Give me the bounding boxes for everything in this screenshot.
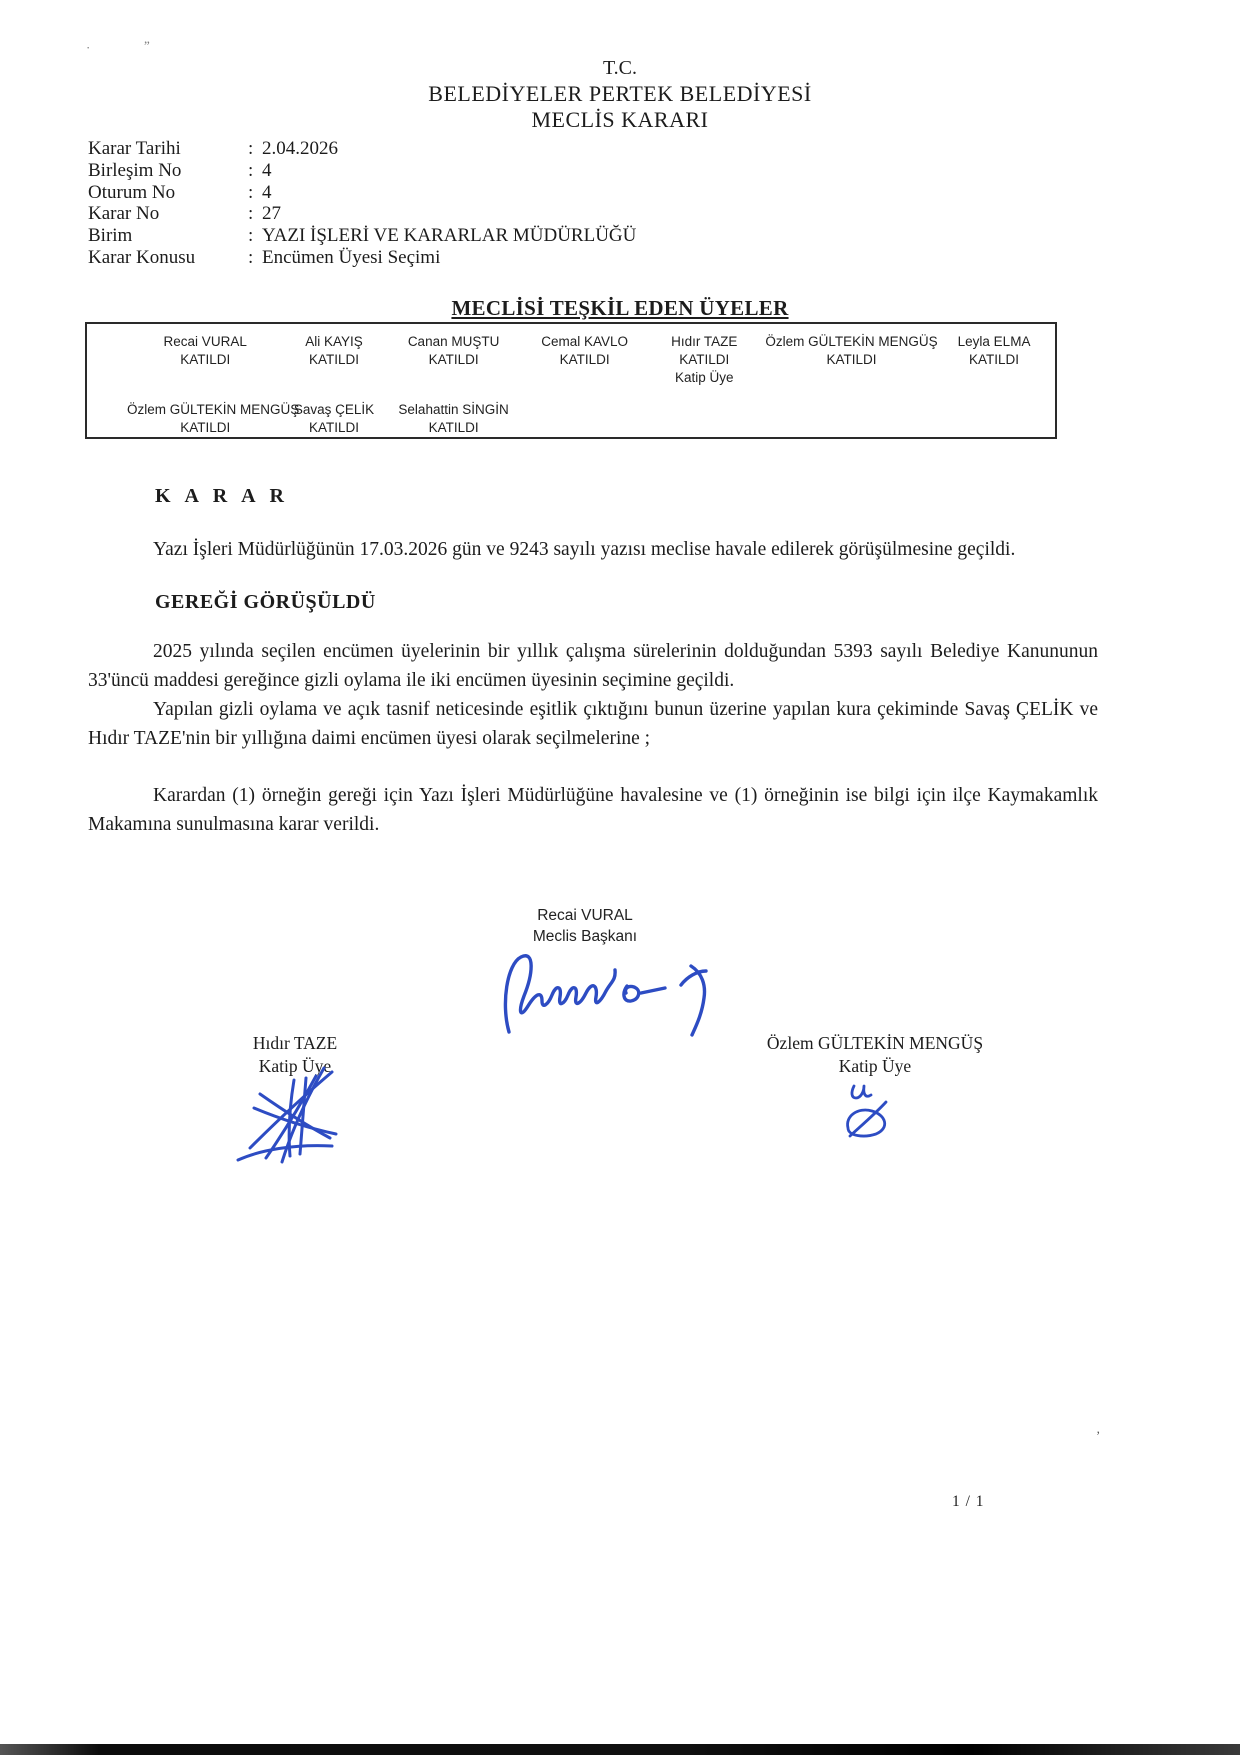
decision-body: K A R A R Yazı İşleri Müdürlüğünün 17.03…: [88, 482, 1098, 839]
member-cell: Leyla ELMA KATILDI: [941, 333, 1047, 387]
document-header: T.C. BELEDİYELER PERTEK BELEDİYESİ MECLİ…: [0, 55, 1240, 133]
meta-separator: :: [248, 225, 262, 247]
meta-value: 4: [262, 182, 272, 204]
members-row-2: Özlem GÜLTEKİN MENGÜŞ KATILDI Savaş ÇELİ…: [87, 387, 1055, 437]
meta-row-decision-no: Karar No : 27: [88, 203, 636, 225]
member-status: KATILDI: [762, 351, 941, 369]
members-table: Recai VURAL KATILDI Ali KAYIŞ KATILDI Ca…: [85, 322, 1057, 439]
member-status: KATILDI: [385, 351, 523, 369]
karar-heading: K A R A R: [155, 482, 1098, 511]
member-name: Cemal KAVLO: [523, 333, 647, 351]
meta-value: Encümen Üyesi Seçimi: [262, 247, 440, 269]
meta-label: Oturum No: [88, 182, 248, 204]
scan-artifact: ”: [144, 38, 150, 54]
meta-label: Karar Konusu: [88, 247, 248, 269]
meta-row-decision-date: Karar Tarihi : 2.04.2026: [88, 138, 636, 160]
scan-artifact: ’: [1096, 1428, 1100, 1444]
meta-row-sitting-no: Oturum No : 4: [88, 182, 636, 204]
members-row-1: Recai VURAL KATILDI Ali KAYIŞ KATILDI Ca…: [87, 324, 1055, 387]
members-section-title: MECLİSİ TEŞKİL EDEN ÜYELER: [0, 296, 1240, 321]
scan-artifact: ·: [86, 40, 90, 56]
meta-value: 4: [262, 160, 272, 182]
member-status: KATILDI: [127, 419, 283, 437]
meta-label: Birleşim No: [88, 160, 248, 182]
member-name: Savaş ÇELİK: [283, 401, 384, 419]
meta-row-subject: Karar Konusu : Encümen Üyesi Seçimi: [88, 247, 636, 269]
clerk-right-signature-ink: [818, 1076, 913, 1148]
signatory-name: Hıdır TAZE: [190, 1032, 400, 1055]
bottom-scan-bar: [0, 1744, 1240, 1755]
paragraph-election-result: Yapılan gizli oylama ve açık tasnif neti…: [88, 695, 1098, 753]
member-cell: Cemal KAVLO KATILDI: [523, 333, 647, 387]
member-name: Leyla ELMA: [941, 333, 1047, 351]
member-status: KATILDI: [941, 351, 1047, 369]
member-cell: Selahattin SİNGİN KATILDI: [385, 401, 523, 437]
meta-value: 27: [262, 203, 281, 225]
signatory-title: Katip Üye: [745, 1055, 1005, 1078]
member-role: Katip Üye: [647, 369, 762, 387]
member-cell: Recai VURAL KATILDI: [127, 333, 283, 387]
meta-separator: :: [248, 203, 262, 225]
meta-separator: :: [248, 247, 262, 269]
member-status: KATILDI: [283, 419, 384, 437]
document-page: · ” ’ T.C. BELEDİYELER PERTEK BELEDİYESİ…: [0, 0, 1240, 1755]
meta-label: Karar No: [88, 203, 248, 225]
meta-value: 2.04.2026: [262, 138, 338, 160]
meta-row-session-no: Birleşim No : 4: [88, 160, 636, 182]
meta-label: Birim: [88, 225, 248, 247]
member-name: Hıdır TAZE: [647, 333, 762, 351]
geregi-heading: GEREĞİ GÖRÜŞÜLDÜ: [155, 588, 1098, 617]
member-name: Ali KAYIŞ: [283, 333, 384, 351]
member-name: Selahattin SİNGİN: [385, 401, 523, 419]
signature-block-clerk-right: Özlem GÜLTEKİN MENGÜŞ Katip Üye: [745, 1032, 1005, 1078]
decision-metadata: Karar Tarihi : 2.04.2026 Birleşim No : 4…: [88, 138, 636, 269]
member-cell: Özlem GÜLTEKİN MENGÜŞ KATILDI: [762, 333, 941, 387]
meta-label: Karar Tarihi: [88, 138, 248, 160]
signature-block-president: Recai VURAL Meclis Başkanı: [455, 905, 715, 947]
paragraph-referral: Yazı İşleri Müdürlüğünün 17.03.2026 gün …: [88, 535, 1098, 564]
paragraph-distribution: Karardan (1) örneğin gereği için Yazı İş…: [88, 781, 1098, 839]
header-republic: T.C.: [0, 55, 1240, 81]
member-status: KATILDI: [385, 419, 523, 437]
meta-row-unit: Birim : YAZI İŞLERİ VE KARARLAR MÜDÜRLÜĞ…: [88, 225, 636, 247]
meta-separator: :: [248, 138, 262, 160]
member-status: KATILDI: [647, 351, 762, 369]
paragraph-election-basis: 2025 yılında seçilen encümen üyelerinin …: [88, 637, 1098, 695]
member-status: KATILDI: [283, 351, 384, 369]
member-name: Özlem GÜLTEKİN MENGÜŞ: [762, 333, 941, 351]
header-doc-type: MECLİS KARARI: [0, 107, 1240, 133]
president-signature-ink: [495, 942, 745, 1037]
member-cell: Özlem GÜLTEKİN MENGÜŞ KATILDI: [127, 401, 283, 437]
member-name: Özlem GÜLTEKİN MENGÜŞ: [127, 401, 283, 419]
member-name: Recai VURAL: [127, 333, 283, 351]
member-cell: Hıdır TAZE KATILDI Katip Üye: [647, 333, 762, 387]
member-cell: Savaş ÇELİK KATILDI: [283, 401, 384, 437]
header-municipality: BELEDİYELER PERTEK BELEDİYESİ: [0, 81, 1240, 107]
page-number: 1 / 1: [952, 1493, 985, 1511]
signatory-name: Recai VURAL: [455, 905, 715, 926]
member-status: KATILDI: [523, 351, 647, 369]
member-status: KATILDI: [127, 351, 283, 369]
clerk-left-signature-ink: [232, 1062, 377, 1172]
meta-separator: :: [248, 160, 262, 182]
member-name: Canan MUŞTU: [385, 333, 523, 351]
member-cell: Canan MUŞTU KATILDI: [385, 333, 523, 387]
member-cell: Ali KAYIŞ KATILDI: [283, 333, 384, 387]
meta-separator: :: [248, 182, 262, 204]
signatory-name: Özlem GÜLTEKİN MENGÜŞ: [745, 1032, 1005, 1055]
meta-value: YAZI İŞLERİ VE KARARLAR MÜDÜRLÜĞÜ: [262, 225, 636, 247]
